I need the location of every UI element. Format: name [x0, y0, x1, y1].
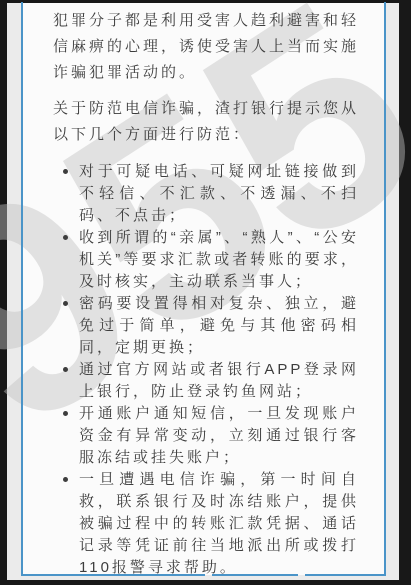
bullet-dot-icon	[63, 235, 68, 240]
tip-sms-alerts: 开通账户通知短信，一旦发现账户资金有异常变动，立刻通过银行客服冻结或挂失账户；	[79, 403, 359, 469]
tip-password-security: 密码要设置得相对复杂、独立，避免过于简单，避免与其他密码相同，定期更换；	[79, 293, 359, 359]
tip-suspicious-calls: 对于可疑电话、可疑网址链接做到不轻信、不汇款、不透漏、不扫码、不点击；	[79, 161, 359, 227]
list-item: 一旦遭遇电信诈骗，第一时间自救，联系银行及时冻结账户，提供被骗过程中的转账汇款凭…	[53, 469, 359, 579]
frame-bar-right	[399, 0, 411, 585]
tip-self-rescue: 一旦遭遇电信诈骗，第一时间自救，联系银行及时冻结账户，提供被骗过程中的转账汇款凭…	[79, 469, 359, 579]
frame-bar-left	[0, 0, 7, 585]
bullet-dot-icon	[63, 411, 68, 416]
bullet-dot-icon	[63, 169, 68, 174]
paragraph-fraud-psychology: 犯罪分子都是利用受害人趋利避害和轻信麻痹的心理，诱使受害人上当而实施诈骗犯罪活动…	[53, 8, 359, 86]
list-item: 密码要设置得相对复杂、独立，避免过于简单，避免与其他密码相同，定期更换；	[53, 293, 359, 359]
bullet-dot-icon	[63, 367, 68, 372]
prevention-tips-list: 对于可疑电话、可疑网址链接做到不轻信、不汇款、不透漏、不扫码、不点击； 收到所谓…	[53, 161, 359, 579]
tip-official-website: 通过官方网站或者银行APP登录网上银行，防止登录钓鱼网站；	[79, 359, 359, 403]
bullet-dot-icon	[63, 301, 68, 306]
list-item: 对于可疑电话、可疑网址链接做到不轻信、不汇款、不透漏、不扫码、不点击；	[53, 161, 359, 227]
tip-verify-identity: 收到所谓的“亲属”、“熟人”、“公安机关”等要求汇款或者转账的要求，及时核实，主…	[79, 227, 359, 293]
bullet-dot-icon	[63, 477, 68, 482]
fraud-prevention-article: 犯罪分子都是利用受害人趋利避害和轻信麻痹的心理，诱使受害人上当而实施诈骗犯罪活动…	[22, 3, 384, 574]
paragraph-bank-advice-intro: 关于防范电信诈骗，渣打银行提示您从以下几个方面进行防范：	[53, 96, 359, 148]
list-item: 通过官方网站或者银行APP登录网上银行，防止登录钓鱼网站；	[53, 359, 359, 403]
list-item: 开通账户通知短信，一旦发现账户资金有异常变动，立刻通过银行客服冻结或挂失账户；	[53, 403, 359, 469]
list-item: 收到所谓的“亲属”、“熟人”、“公安机关”等要求汇款或者转账的要求，及时核实，主…	[53, 227, 359, 293]
frame-bar-bottom	[0, 580, 411, 585]
screenshot-stage: 955 犯罪分子都是利用受害人趋利避害和轻信麻痹的心理，诱使受害人上当而实施诈骗…	[0, 0, 411, 585]
blue-rule-right	[384, 2, 386, 576]
